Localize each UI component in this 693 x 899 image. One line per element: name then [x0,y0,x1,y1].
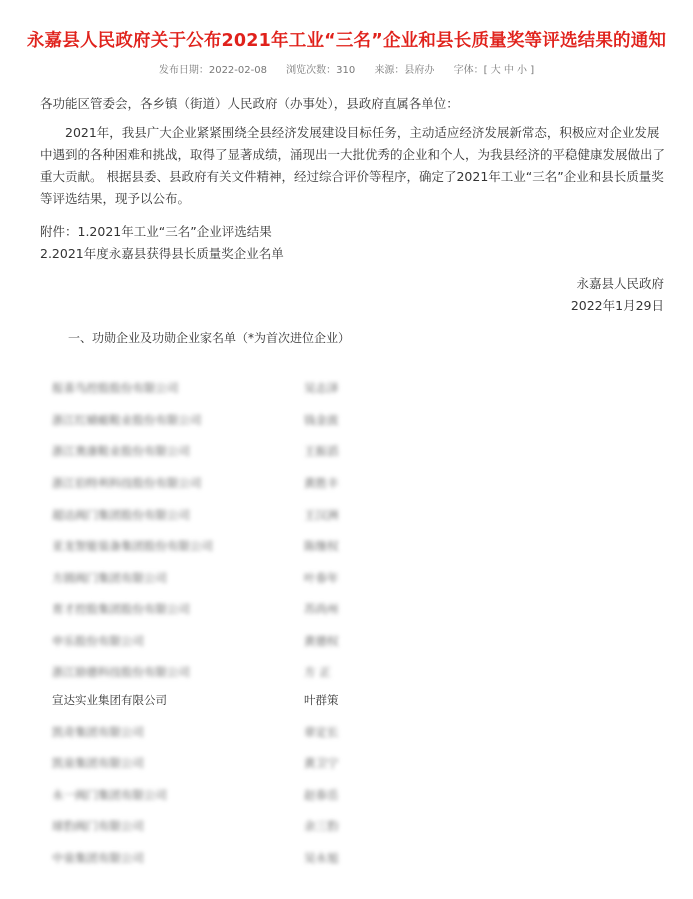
person-name: 吴永旭 [304,850,339,866]
company-name: 浙江红蜻蜓鞋业股份有限公司 [52,412,202,428]
person-name: 赵春岳 [304,787,339,803]
person-name: 钱金波 [304,412,339,428]
company-name: 球豹阀门有限公司 [52,818,144,834]
person-name: 黄胜丰 [304,475,339,491]
source: 来源：县府办 [374,65,434,76]
font-size-switcher[interactable]: 字体：[ 大 中 小 ] [454,65,535,76]
attachment-1: 附件：1.2021年工业“三名”企业评选结果 [40,222,272,240]
company-name: 报喜鸟控股股份有限公司 [52,380,179,396]
salutation: 各功能区管委会，各乡镇（街道）人民政府（办事处），县政府直属各单位： [40,94,459,112]
signature-date: 2022年1月29日 [571,296,664,314]
company-name: 亚龙智能装备集团股份有限公司 [52,538,213,554]
company-name: 申乐股份有限公司 [52,633,144,649]
person-name: 王汉洲 [304,507,339,523]
person-name: 苏尚州 [304,601,339,617]
company-name: 育才控股集团股份有限公司 [52,601,190,617]
section-heading: 一、功勋企业及功勋企业家名单（*为首次进位企业） [68,329,350,346]
person-name: 章定长 [304,724,339,740]
company-name: 浙江奥康鞋业股份有限公司 [52,443,190,459]
person-name: 黄卫宁 [304,755,339,771]
signature-org: 永嘉县人民政府 [576,274,664,292]
company-name: 凯泉集团有限公司 [52,755,144,771]
company-name: 方圆阀门集团有限公司 [52,570,167,586]
company-name: 凯奇集团有限公司 [52,724,144,740]
company-name: 永一阀门集团有限公司 [52,787,167,803]
article-title: 永嘉县人民政府关于公布2021年工业“三名”企业和县长质量奖等评选结果的通知 [0,27,693,52]
company-name: 宣达实业集团有限公司 [52,692,167,708]
person-name: 叶春年 [304,570,339,586]
person-name: 余三豹 [304,818,339,834]
view-count: 浏览次数：310 [286,65,355,76]
person-name: 陈继权 [304,538,339,554]
person-name: 方 正 [304,664,331,680]
person-name: 叶群策 [304,692,339,708]
company-name: 浙江伯特利科技股份有限公司 [52,475,202,491]
body-paragraph: 2021年，我县广大企业紧紧围绕全县经济发展建设目标任务，主动适应经济发展新常态… [40,122,668,210]
company-name: 浙江励德科技股份有限公司 [52,664,190,680]
publish-date: 发布日期：2022-02-08 [159,65,267,76]
person-name: 王振滔 [304,443,339,459]
article-meta: 发布日期：2022-02-08 浏览次数：310 来源：县府办 字体：[ 大 中… [0,61,693,76]
company-name: 超达阀门集团股份有限公司 [52,507,190,523]
company-name: 中泉集团有限公司 [52,850,144,866]
person-name: 黄德权 [304,633,339,649]
person-name: 吴志泽 [304,380,339,396]
attachment-2: 2.2021年度永嘉县获得县长质量奖企业名单 [40,244,284,262]
